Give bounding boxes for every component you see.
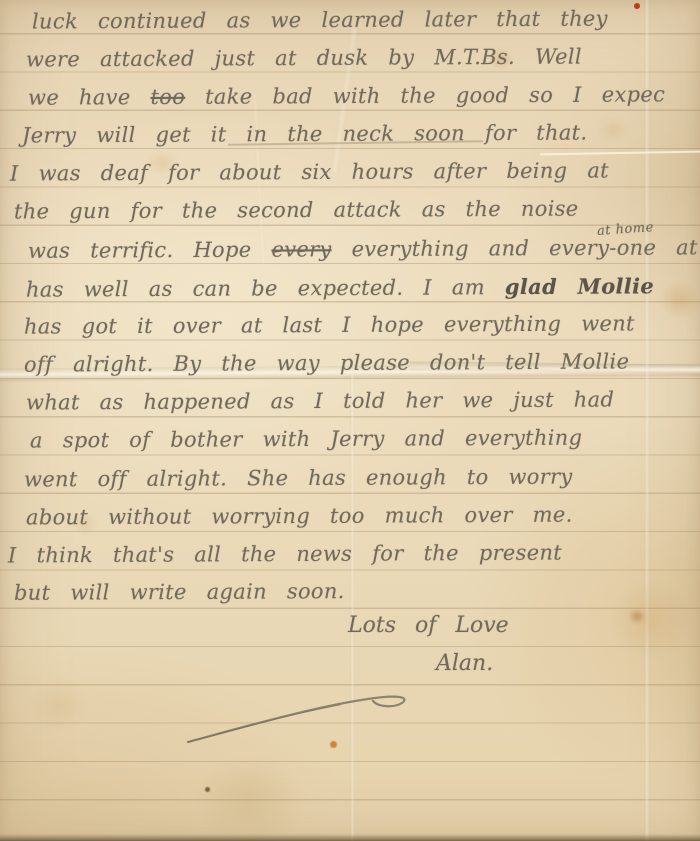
letter-line: I was deaf for about six hours after bei… — [10, 158, 609, 185]
pen-flourish-mark — [170, 680, 450, 760]
paper-stain — [30, 680, 90, 730]
letter-line: has well as can be expected. I am glad M… — [26, 273, 654, 301]
closing: Lots of Love — [348, 613, 509, 638]
letter-line: has got it over at last I hope everythin… — [24, 311, 635, 338]
paper-stain — [660, 282, 700, 318]
paper-crease-vertical-right — [644, 0, 650, 841]
letter-line: were attacked just at dusk by M.T.Bs. We… — [26, 45, 582, 72]
letter-line: a spot of bother with Jerry and everythi… — [30, 426, 582, 453]
paper-stain — [205, 787, 210, 792]
signature: Alan. — [436, 651, 493, 676]
red-speck — [634, 3, 640, 9]
line-text: everything and every-one at h — [351, 235, 700, 261]
letter-line: was terrific. Hope every everything and … — [28, 235, 700, 263]
paper-stain — [330, 741, 337, 748]
scan-bottom-edge-shadow — [0, 834, 700, 841]
overwritten-words: glad Mollie — [505, 273, 654, 299]
letter-line: off alright. By the way please don't tel… — [24, 349, 629, 376]
line-text: was terrific. Hope — [28, 238, 252, 263]
letter-line: about without worrying too much over me. — [26, 503, 573, 530]
paper-stain — [598, 118, 628, 142]
letter-line: what as happened as I told her we just h… — [26, 387, 614, 414]
letter-line: the gun for the second attack as the noi… — [14, 197, 579, 224]
line-text: we have — [28, 85, 131, 110]
paper-scratch-line — [540, 151, 700, 156]
struck-word: too — [150, 85, 185, 109]
letter-line: Jerry will get it in the neck soon for t… — [22, 121, 587, 148]
letter-line: we have too take bad with the good so I … — [28, 82, 665, 109]
letter-line: I think that's all the news for the pres… — [8, 541, 562, 568]
paper-stain — [629, 609, 645, 624]
letter-line: but will write again soon. — [14, 579, 345, 605]
letter-page: luck continued as we learned later that … — [0, 0, 700, 841]
paper-stain — [610, 580, 690, 660]
struck-word: every — [271, 237, 331, 261]
fingerprint-smudge — [195, 755, 305, 841]
line-text: take bad with the good so I expec — [205, 82, 665, 108]
letter-line: went off alright. She has enough to worr… — [24, 465, 573, 492]
line-text: has well as can be expected. I am — [26, 275, 485, 301]
letter-line: luck continued as we learned later that … — [32, 6, 608, 33]
